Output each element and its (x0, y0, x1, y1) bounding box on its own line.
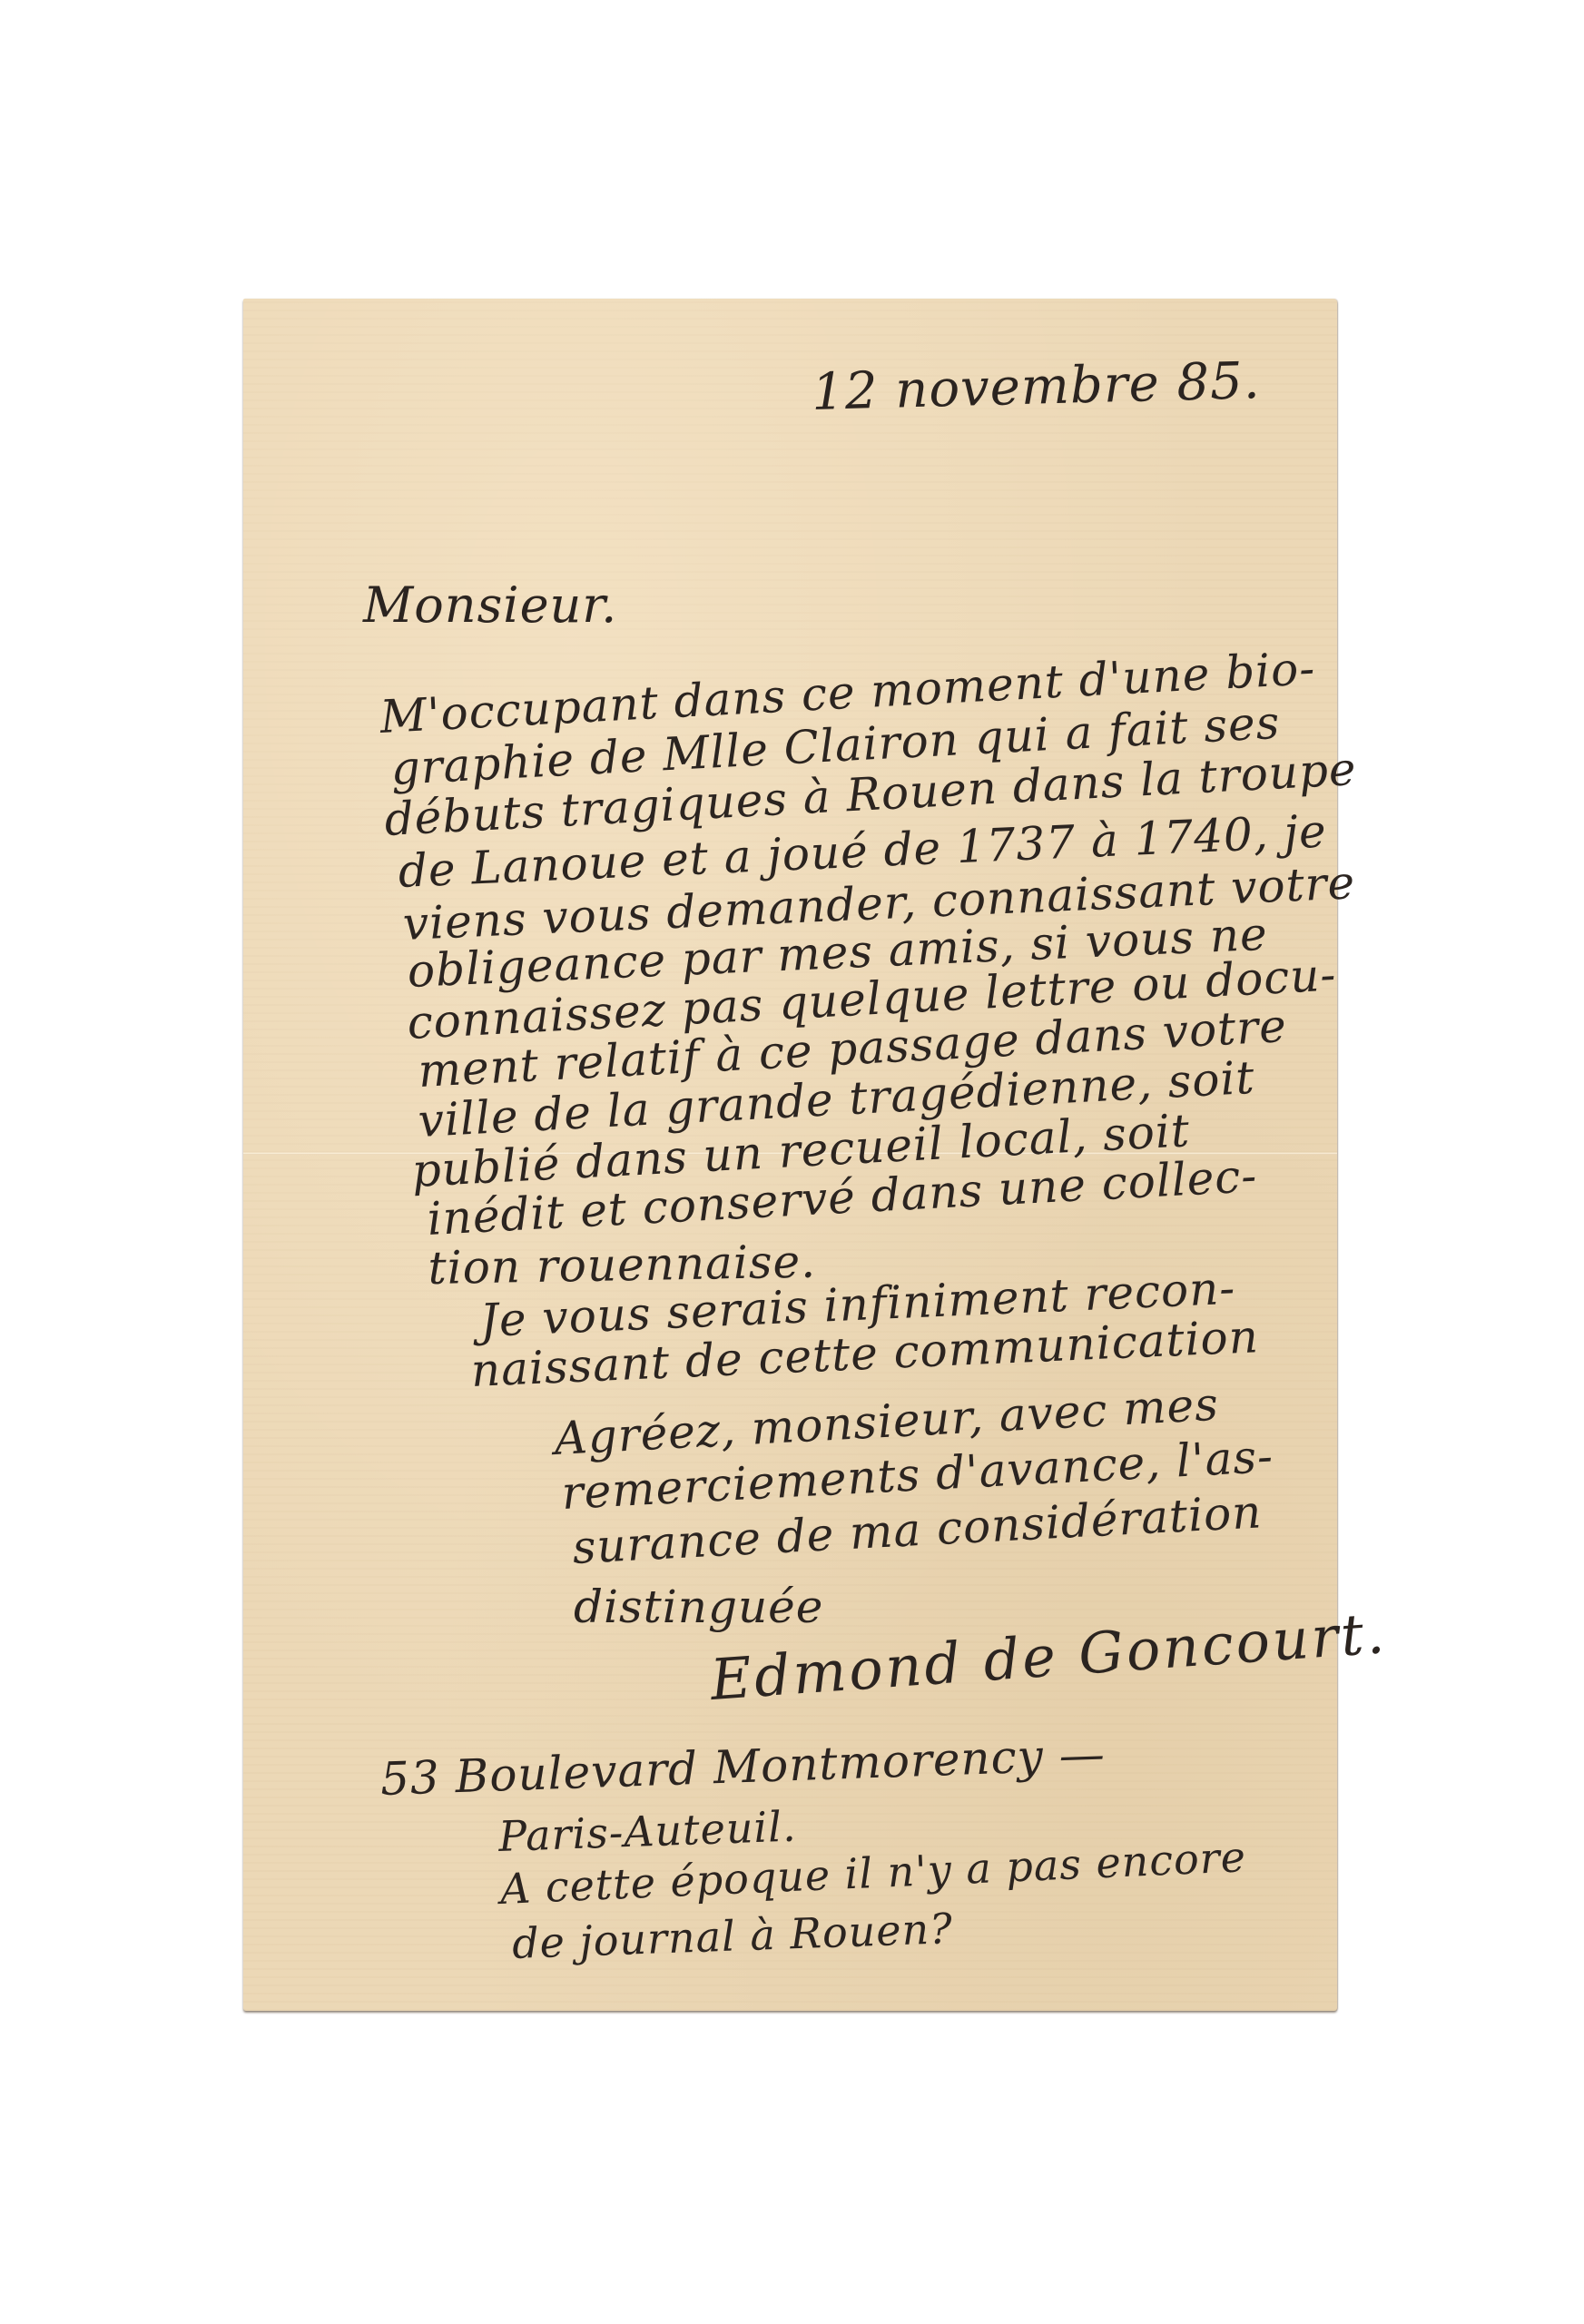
letter-salutation: Monsieur. (363, 581, 617, 630)
letter-date: 12 novembre 85. (812, 356, 1262, 419)
closing-line: distinguée (574, 1584, 823, 1630)
address-line: Paris-Auteuil. (497, 1806, 797, 1857)
